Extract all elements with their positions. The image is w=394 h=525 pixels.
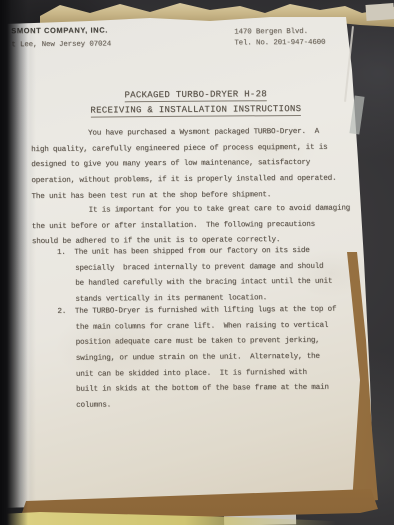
document-line: be handled carefully with the bracing in… xyxy=(32,275,362,293)
list-item-2: 2. The TURBO-Dryer is furnished with lif… xyxy=(32,302,363,414)
photo-background: SMONT COMPANY, INC. t Lee, New Jersey 07… xyxy=(0,0,394,525)
document-line: high quality, carefully engineered piece… xyxy=(31,140,361,158)
document-line: operation, without problems, if it is pr… xyxy=(31,172,361,190)
list-item-1: 1. The unit has been shipped from our fa… xyxy=(32,243,362,308)
letterhead-phone: Tel. No. 201-947-4600 xyxy=(234,38,325,50)
letterhead-street: 1470 Bergen Blvd. xyxy=(234,27,325,39)
binder-spine xyxy=(0,0,28,525)
doc-title-line-2: RECEIVING & INSTALLATION INSTRUCTIONS xyxy=(90,104,301,118)
title-row-2: RECEIVING & INSTALLATION INSTRUCTIONS xyxy=(35,98,357,119)
document-line: columns. xyxy=(33,397,363,415)
document-line: built in skids at the bottom of the base… xyxy=(33,381,363,399)
torn-paper-fragment xyxy=(365,3,394,21)
document-line: swinging, or undue strain on the unit. A… xyxy=(33,350,363,368)
paragraph-1: You have purchased a Wysmont packaged TU… xyxy=(31,124,362,205)
document-page: SMONT COMPANY, INC. t Lee, New Jersey 07… xyxy=(0,0,394,525)
typed-content: SMONT COMPANY, INC. t Lee, New Jersey 07… xyxy=(0,0,394,525)
document-line: the unit before or after installation. T… xyxy=(32,217,362,235)
letterhead-right: 1470 Bergen Blvd. Tel. No. 201-947-4600 xyxy=(234,27,325,50)
